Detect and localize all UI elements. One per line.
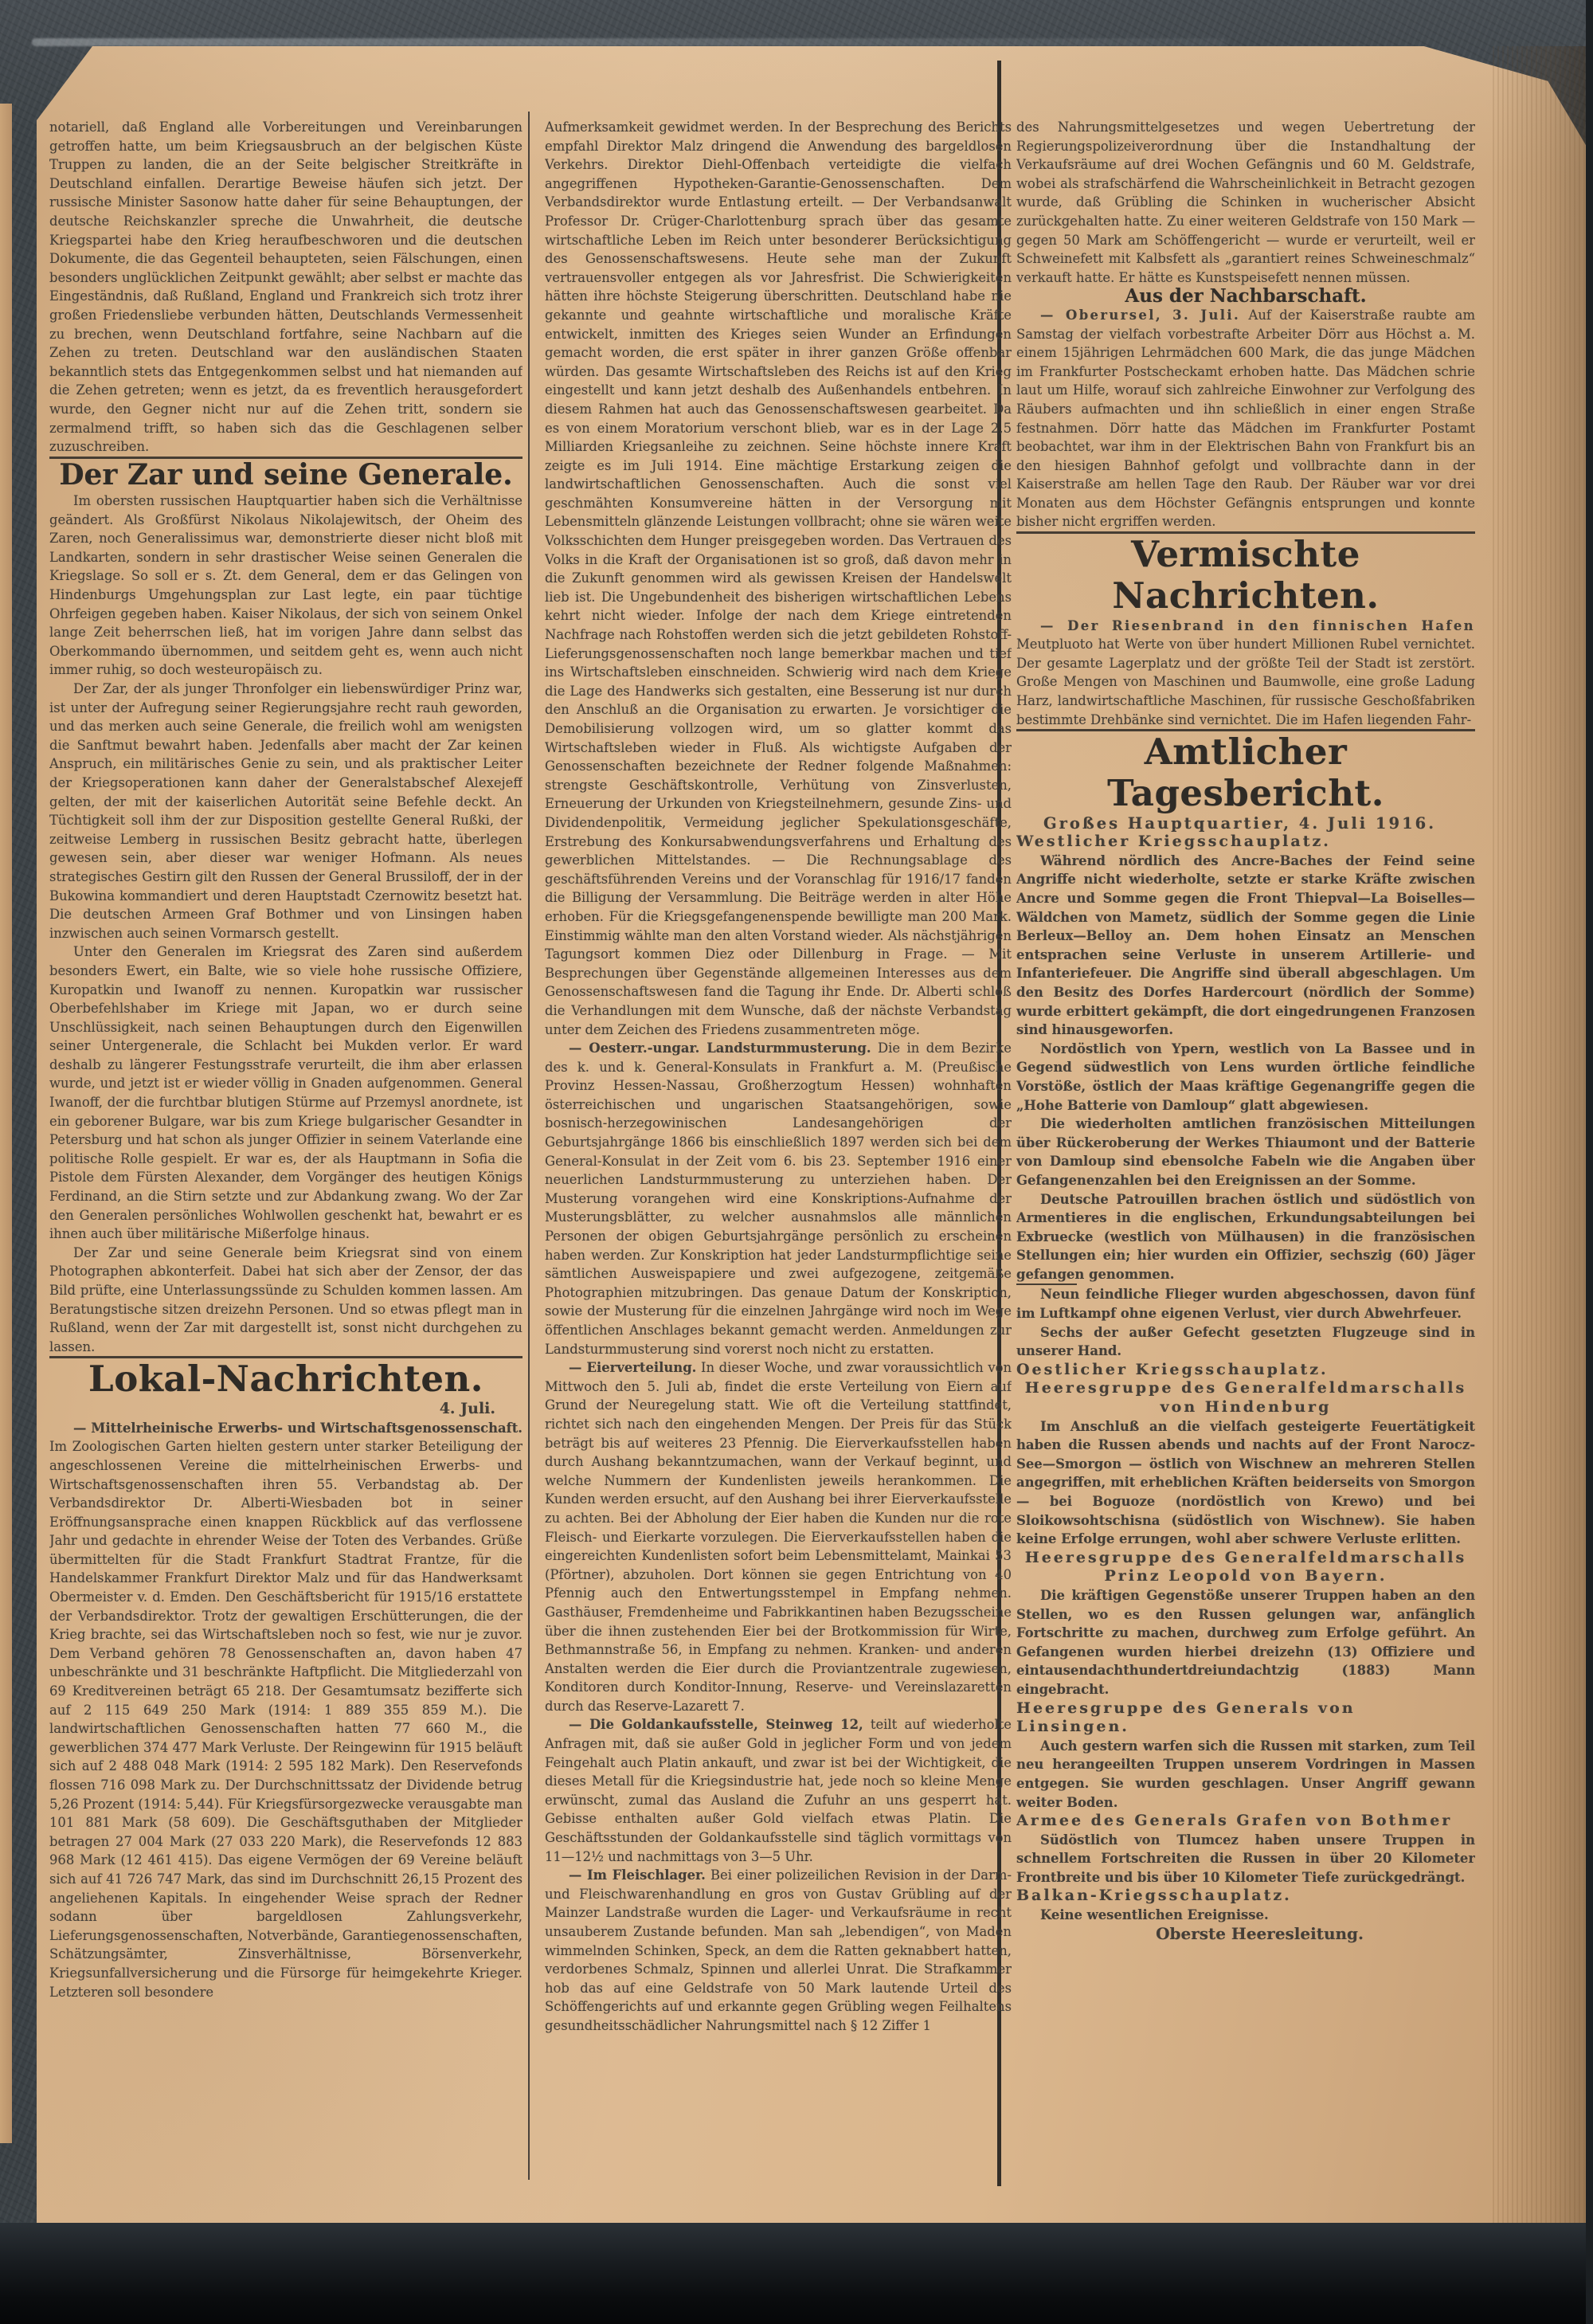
report-subhead: Westlicher Kriegsschauplatz. xyxy=(1016,833,1475,852)
paragraph-lead: — Oesterr.-ungar. Landsturmmusterung. xyxy=(569,1041,871,1056)
adjacent-page-sliver xyxy=(0,104,12,2143)
section-headline: Lokal-Nachrichten. xyxy=(49,1358,523,1400)
article-paragraph: — Oberursel, 3. Juli. Auf der Kaiserstra… xyxy=(1016,306,1475,531)
article-paragraph: — Mittelrheinische Erwerbs- und Wirtscha… xyxy=(49,1419,523,2001)
report-subhead: Heeresgruppe des Generalfeldmarschalls P… xyxy=(1016,1549,1475,1586)
cover-right-edge xyxy=(1586,0,1593,2324)
article-headline: Der Zar und seine Generale. xyxy=(49,459,523,492)
article-paragraph: Im obersten russischen Hauptquartier hab… xyxy=(49,492,523,680)
scanned-newspaper-page: notariell, daß England alle Vorbereitung… xyxy=(0,0,1593,2324)
article-paragraph: Sechs der außer Gefecht gesetzten Flugze… xyxy=(1016,1323,1475,1361)
report-signature: Oberste Heeresleitung. xyxy=(1016,1925,1475,1944)
section-headline: Amtlicher Tagesbericht. xyxy=(1016,731,1475,814)
paragraph-lead: — Der Riesenbrand in den finnischen Hafe… xyxy=(1040,618,1475,633)
paragraph-lead: — Eierverteilung. xyxy=(569,1360,696,1375)
article-paragraph: Deutsche Patrouillen brachen östlich und… xyxy=(1016,1190,1475,1284)
newspaper-column-middle: Aufmerksamkeit gewidmet werden. In der B… xyxy=(545,118,1012,2188)
article-paragraph: — Der Riesenbrand in den finnischen Hafe… xyxy=(1016,617,1475,730)
article-paragraph: Neun feindliche Flieger wurden abgeschos… xyxy=(1016,1285,1475,1323)
headquarters-dateline: Großes Hauptquartier, 4. Juli 1916. xyxy=(1016,814,1475,833)
article-paragraph: Die kräftigen Gegenstöße unserer Truppen… xyxy=(1016,1586,1475,1699)
article-paragraph: Nordöstlich von Ypern, westlich von La B… xyxy=(1016,1040,1475,1115)
newspaper-column-right: des Nahrungsmittelgesetzes und wegen Ueb… xyxy=(1016,118,1475,2146)
article-paragraph: Südöstlich von Tlumcez haben unsere Trup… xyxy=(1016,1831,1475,1887)
article-paragraph: Auch gestern warfen sich die Russen mit … xyxy=(1016,1737,1475,1812)
newspaper-column-left: notariell, daß England alle Vorbereitung… xyxy=(49,118,523,2180)
report-subhead: Oestlicher Kriegsschauplatz. xyxy=(1016,1361,1475,1380)
section-dateline: 4. Juli. xyxy=(49,1400,523,1419)
article-paragraph-continuation: des Nahrungsmittelgesetzes und wegen Ueb… xyxy=(1016,118,1475,287)
cover-edge-highlight xyxy=(32,38,1227,46)
article-paragraph: Im Anschluß an die vielfach gesteigerte … xyxy=(1016,1417,1475,1549)
article-paragraph-continuation: notariell, daß England alle Vorbereitung… xyxy=(49,118,523,457)
report-subhead: Armee des Generals Grafen von Bothmer xyxy=(1016,1812,1475,1831)
article-paragraph: Der Zar, der als junger Thronfolger ein … xyxy=(49,680,523,943)
article-paragraph: Unter den Generalen im Kriegsrat des Zar… xyxy=(49,943,523,1244)
article-paragraph: Der Zar und seine Generale beim Kriegsra… xyxy=(49,1244,523,1357)
article-paragraph: Die wiederholten amtlichen französischen… xyxy=(1016,1115,1475,1189)
paragraph-lead: — Im Fleischlager. xyxy=(569,1867,706,1883)
book-cover-bottom xyxy=(0,2223,1593,2324)
report-subhead: Heeresgruppe des Generalfeldmarschalls v… xyxy=(1016,1379,1475,1417)
paragraph-lead: — Mittelrheinische Erwerbs- und Wirtscha… xyxy=(73,1421,523,1436)
article-paragraph: — Eierverteilung. In dieser Woche, und z… xyxy=(545,1358,1012,1715)
report-subhead: Heeresgruppe des Generals von Linsingen. xyxy=(1016,1699,1475,1737)
column-divider-1 xyxy=(528,112,530,2180)
article-paragraph: Keine wesentlichen Ereignisse. xyxy=(1016,1906,1475,1925)
paragraph-lead: — Oberursel, 3. Juli. xyxy=(1040,308,1240,323)
article-paragraph: Während nördlich des Ancre-Baches der Fe… xyxy=(1016,852,1475,1040)
article-paragraph-continuation: Aufmerksamkeit gewidmet werden. In der B… xyxy=(545,118,1012,1039)
section-headline: Vermischte Nachrichten. xyxy=(1016,534,1475,617)
paragraph-lead: — Die Goldankaufsstelle, Steinweg 12, xyxy=(569,1717,863,1732)
report-subhead: Balkan-Kriegsschauplatz. xyxy=(1016,1887,1475,1906)
article-paragraph: — Im Fleischlager. Bei einer polizeilich… xyxy=(545,1866,1012,2035)
subsection-headline: Aus der Nachbarschaft. xyxy=(1016,287,1475,306)
article-paragraph: — Die Goldankaufsstelle, Steinweg 12, te… xyxy=(545,1715,1012,1866)
article-paragraph: — Oesterr.-ungar. Landsturmmusterung. Di… xyxy=(545,1039,1012,1358)
